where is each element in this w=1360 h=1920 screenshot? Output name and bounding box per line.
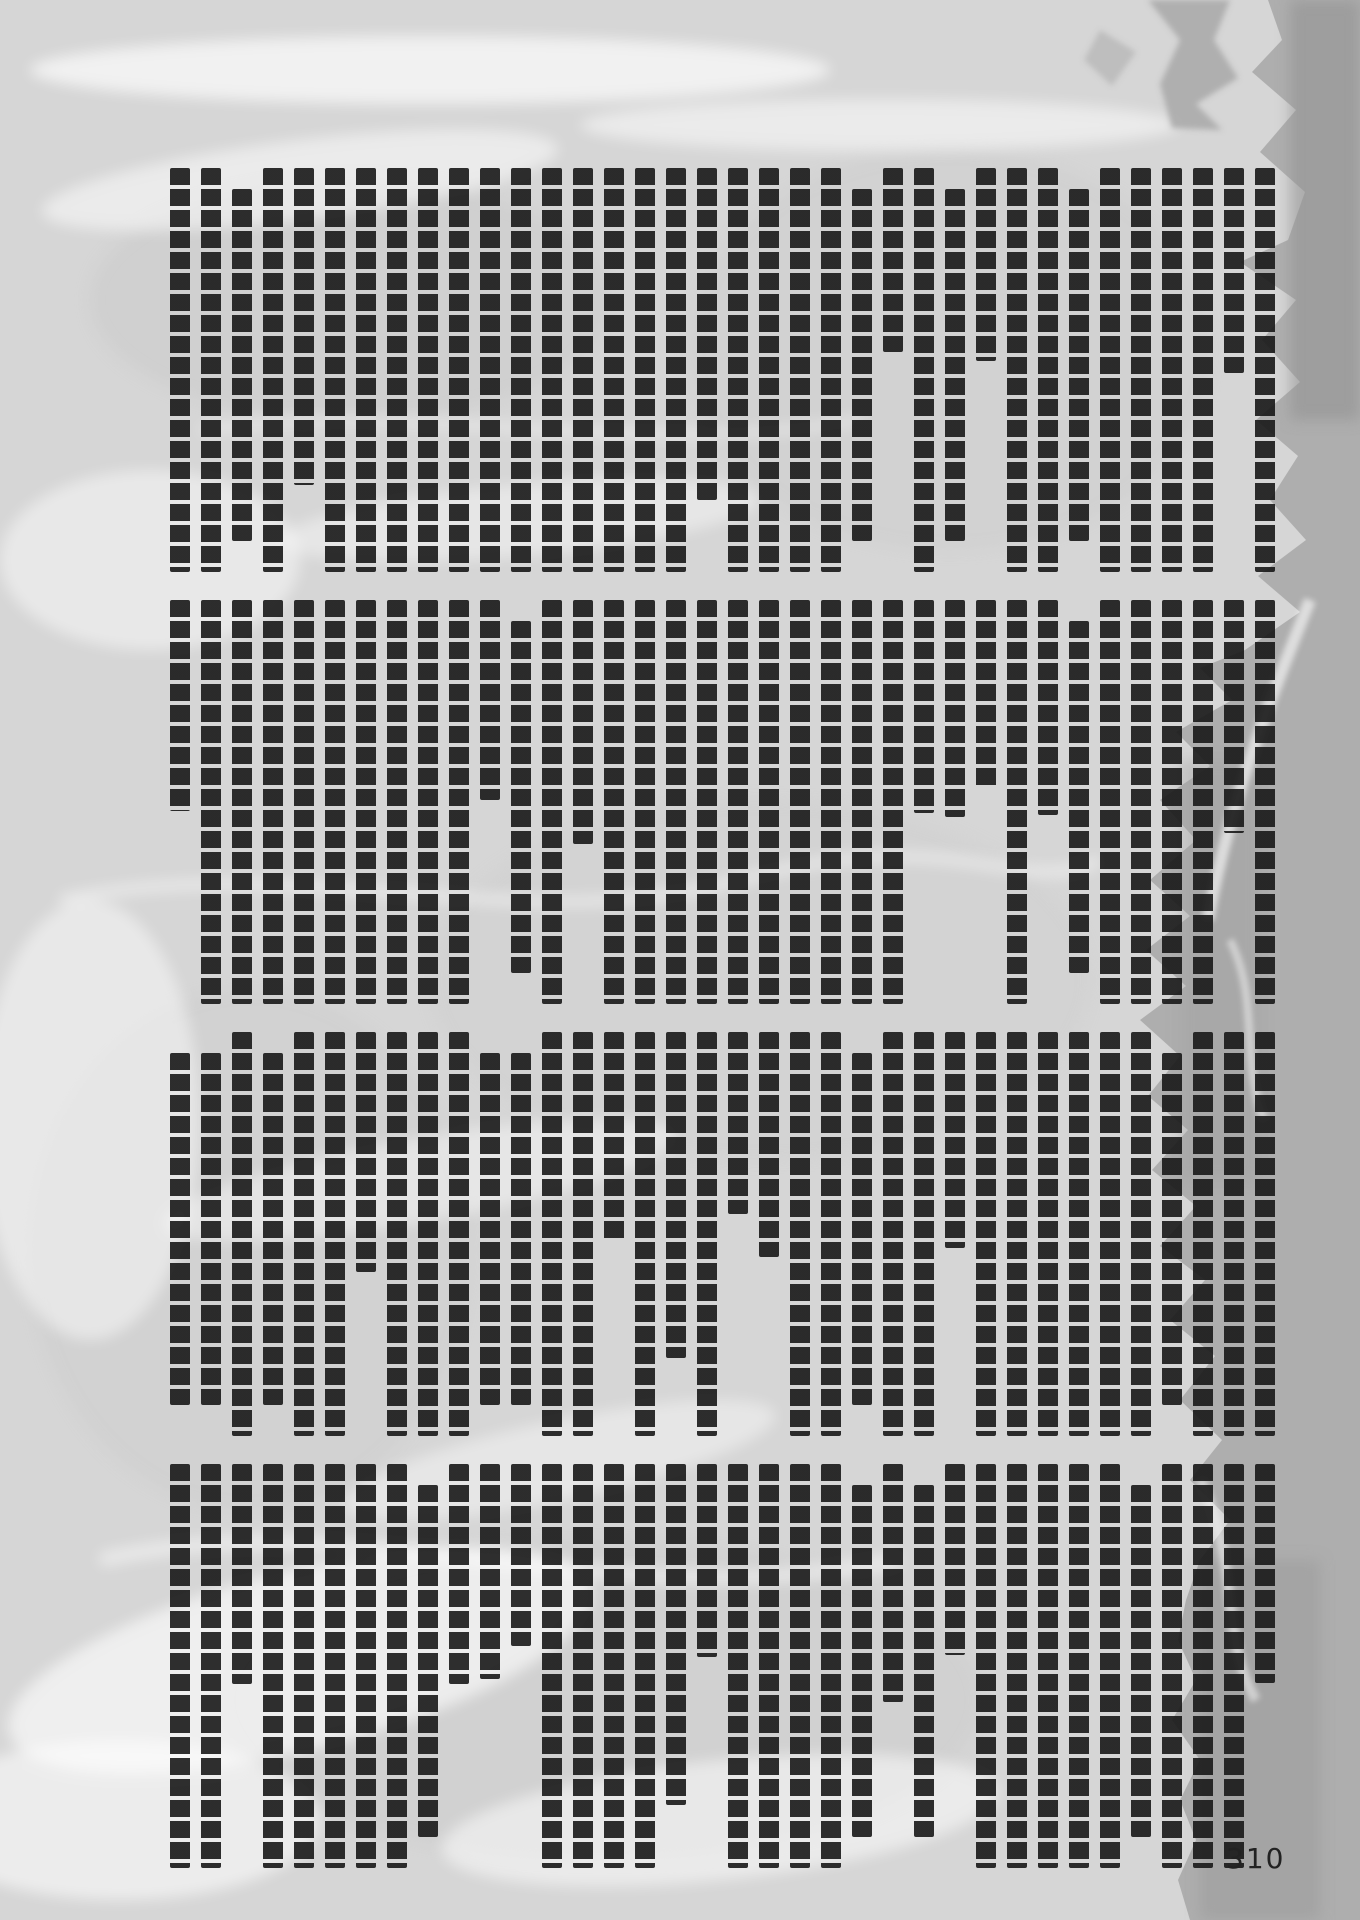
text-column-redacted (170, 600, 190, 811)
text-column-redacted (635, 600, 655, 1004)
text-column-redacted (1193, 1464, 1213, 1868)
text-column-redacted (728, 1032, 748, 1214)
text-column-redacted (604, 1032, 624, 1240)
text-column-redacted (387, 600, 407, 1004)
book-page: 310 (0, 0, 1360, 1920)
text-column-redacted (1224, 600, 1244, 833)
text-column-redacted (418, 600, 438, 1004)
text-column-redacted (821, 600, 841, 1004)
text-column-redacted (635, 1032, 655, 1436)
text-column-redacted (170, 1053, 190, 1405)
text-column-redacted (1255, 1464, 1275, 1683)
text-column-redacted (759, 1464, 779, 1868)
text-column-redacted (697, 600, 717, 1004)
text-column-redacted (232, 189, 252, 541)
text-column-redacted (356, 600, 376, 1004)
text-column-redacted (790, 1464, 810, 1868)
text-column-redacted (1193, 1032, 1213, 1436)
text-column-redacted (1038, 168, 1058, 572)
text-column-redacted (325, 600, 345, 1004)
text-column-redacted (542, 1032, 562, 1436)
text-column-redacted (449, 1032, 469, 1436)
text-column-redacted (790, 600, 810, 1004)
text-column-redacted (821, 1464, 841, 1868)
text-column-redacted (666, 168, 686, 572)
text-column-redacted (232, 1464, 252, 1684)
text-column-redacted (294, 1032, 314, 1436)
text-column-redacted (1255, 168, 1275, 572)
text-column-redacted (573, 1464, 593, 1868)
text-column-redacted (1224, 1032, 1244, 1436)
text-column-redacted (573, 600, 593, 844)
text-band-1-redacted (135, 168, 1275, 572)
text-column-redacted (945, 189, 965, 541)
text-column-redacted (976, 1464, 996, 1868)
text-column-redacted (976, 600, 996, 789)
text-column-redacted (1131, 1032, 1151, 1436)
text-band-2-redacted (135, 600, 1275, 1004)
text-column-redacted (263, 600, 283, 1004)
text-column-redacted (728, 600, 748, 1004)
text-column-redacted (666, 1464, 686, 1805)
text-column-redacted (356, 1464, 376, 1868)
text-column-redacted (1131, 1485, 1151, 1837)
text-column-redacted (325, 1032, 345, 1436)
text-column-redacted (852, 189, 872, 541)
text-column-redacted (387, 168, 407, 572)
text-column-redacted (914, 168, 934, 572)
text-column-redacted (883, 600, 903, 1004)
text-column-redacted (759, 168, 779, 572)
text-band-4-redacted (135, 1464, 1275, 1868)
text-column-redacted (852, 1485, 872, 1837)
text-column-redacted (1038, 1032, 1058, 1436)
text-column-redacted (945, 600, 965, 817)
text-column-redacted (356, 1032, 376, 1272)
text-column-redacted (1038, 600, 1058, 815)
text-column-redacted (170, 168, 190, 572)
text-column-redacted (573, 168, 593, 572)
text-column-redacted (387, 1032, 407, 1436)
text-column-redacted (697, 168, 717, 500)
text-column-redacted (418, 168, 438, 572)
text-column-redacted (511, 168, 531, 572)
text-column-redacted (294, 1464, 314, 1868)
text-column-redacted (1007, 1464, 1027, 1868)
text-column-redacted (480, 168, 500, 572)
text-column-redacted (945, 1032, 965, 1248)
page-number: 310 (1226, 1842, 1285, 1875)
text-column-redacted (1100, 1464, 1120, 1868)
text-column-redacted (1069, 621, 1089, 973)
text-column-redacted (480, 600, 500, 800)
text-column-redacted (914, 1032, 934, 1436)
text-column-redacted (914, 1485, 934, 1837)
text-column-redacted (1255, 1032, 1275, 1436)
text-column-redacted (1162, 1464, 1182, 1868)
text-column-redacted (1038, 1464, 1058, 1868)
text-column-redacted (170, 1464, 190, 1868)
text-column-redacted (1131, 168, 1151, 572)
text-column-redacted (1224, 168, 1244, 373)
text-band-3-redacted (135, 1032, 1275, 1436)
text-column-redacted (759, 600, 779, 1004)
text-column-redacted (1069, 1032, 1089, 1436)
text-column-redacted (1007, 1032, 1027, 1436)
text-column-redacted (325, 1464, 345, 1868)
text-column-redacted (1069, 189, 1089, 541)
text-column-redacted (759, 1032, 779, 1257)
text-column-redacted (604, 600, 624, 1004)
text-column-redacted (604, 1464, 624, 1868)
text-column-redacted (635, 168, 655, 572)
text-column-redacted (1007, 600, 1027, 1004)
text-column-redacted (1162, 168, 1182, 572)
text-column-redacted (976, 1032, 996, 1436)
text-column-redacted (1131, 600, 1151, 1004)
text-column-redacted (666, 1032, 686, 1358)
text-column-redacted (511, 1464, 531, 1646)
text-column-redacted (1255, 600, 1275, 1004)
text-column-redacted (1162, 600, 1182, 1004)
text-column-redacted (201, 600, 221, 1004)
text-column-redacted (480, 1464, 500, 1679)
text-column-redacted (418, 1032, 438, 1436)
text-column-redacted (635, 1464, 655, 1868)
text-column-redacted (542, 1464, 562, 1868)
text-column-redacted (263, 1053, 283, 1405)
text-column-redacted (1069, 1464, 1089, 1868)
text-column-redacted (728, 1464, 748, 1868)
text-column-redacted (1224, 1464, 1244, 1868)
text-column-redacted (852, 600, 872, 1004)
text-column-redacted (666, 600, 686, 1004)
text-column-redacted (852, 1053, 872, 1405)
text-column-redacted (232, 1032, 252, 1436)
text-column-redacted (356, 168, 376, 572)
text-column-redacted (1162, 1053, 1182, 1405)
text-column-redacted (480, 1053, 500, 1405)
text-column-redacted (821, 1032, 841, 1436)
text-column-redacted (201, 1464, 221, 1868)
text-column-redacted (697, 1032, 717, 1436)
text-column-redacted (976, 168, 996, 361)
text-column-redacted (945, 1464, 965, 1655)
text-column-redacted (883, 1464, 903, 1702)
text-column-redacted (1007, 168, 1027, 572)
text-column-redacted (697, 1464, 717, 1657)
text-column-redacted (1100, 1032, 1120, 1436)
text-column-redacted (449, 1464, 469, 1684)
text-column-redacted (418, 1485, 438, 1837)
text-column-redacted (542, 168, 562, 572)
text-column-redacted (1193, 168, 1213, 572)
text-column-redacted (294, 600, 314, 1004)
text-column-redacted (511, 1053, 531, 1405)
text-column-redacted (201, 168, 221, 572)
text-column-redacted (1100, 600, 1120, 1004)
text-column-redacted (883, 1032, 903, 1436)
text-column-redacted (449, 600, 469, 1004)
text-column-redacted (201, 1053, 221, 1405)
text-column-redacted (883, 168, 903, 352)
text-column-redacted (790, 1032, 810, 1436)
text-column-redacted (573, 1032, 593, 1436)
text-column-redacted (1100, 168, 1120, 572)
text-column-redacted (914, 600, 934, 813)
text-column-redacted (325, 168, 345, 572)
text-column-redacted (821, 168, 841, 572)
text-column-redacted (790, 168, 810, 572)
text-column-redacted (1193, 600, 1213, 1004)
text-column-redacted (542, 600, 562, 1004)
text-column-redacted (263, 168, 283, 572)
text-column-redacted (728, 168, 748, 572)
text-column-redacted (232, 600, 252, 1004)
text-column-redacted (511, 621, 531, 973)
text-column-redacted (449, 168, 469, 572)
text-column-redacted (604, 168, 624, 572)
text-column-redacted (263, 1464, 283, 1868)
text-column-redacted (294, 168, 314, 485)
text-column-redacted (387, 1464, 407, 1868)
